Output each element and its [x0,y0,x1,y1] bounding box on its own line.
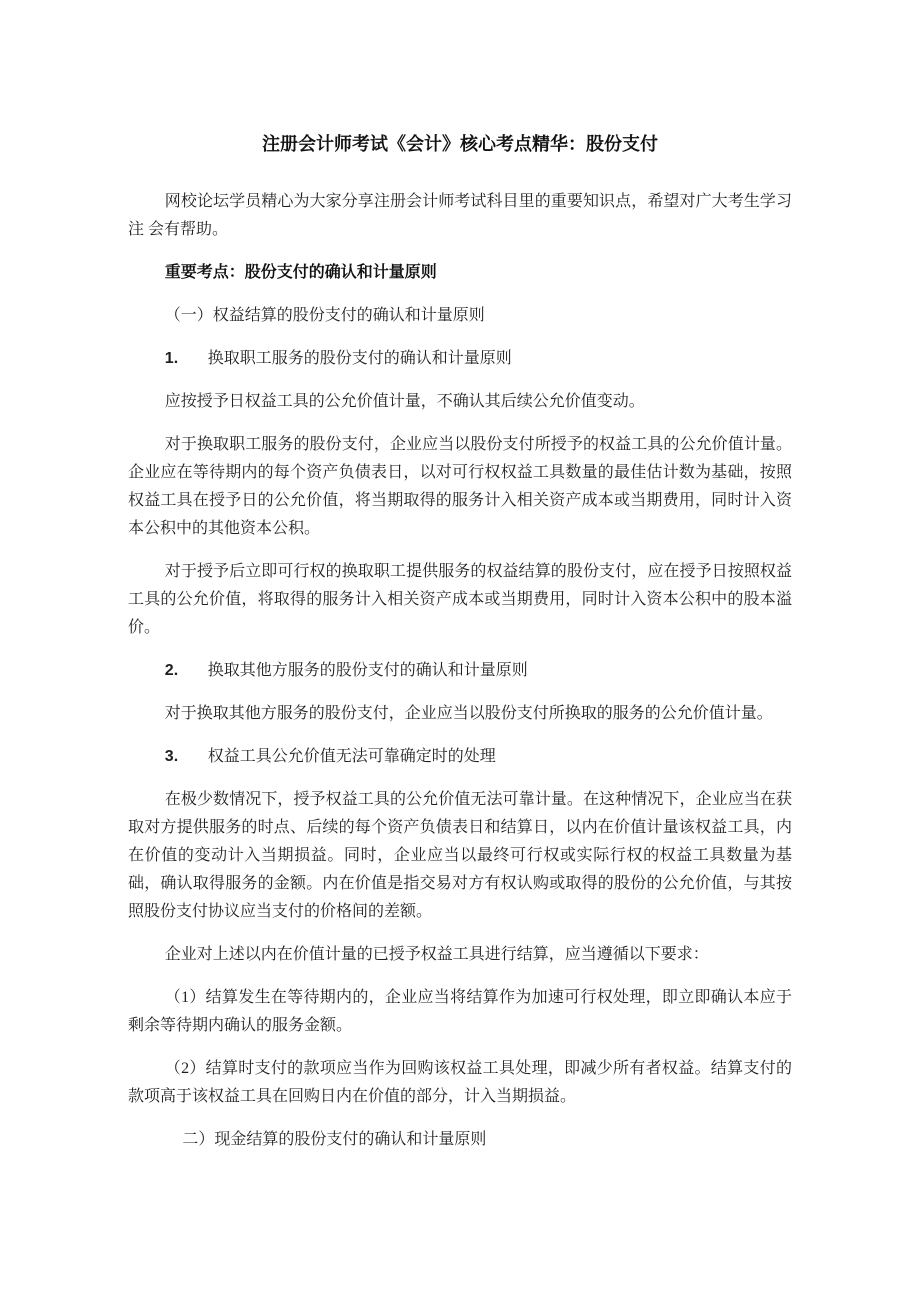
section-2-heading: 二）现金结算的股份支付的确认和计量原则 [128,1126,792,1154]
item-3-paragraph-1: 在极少数情况下，授予权益工具的公允价值无法可靠计量。在这种情况下，企业应当在获取… [128,786,792,926]
numbered-item-3: 3.权益工具公允价值无法可靠确定时的处理 [128,743,792,771]
numbered-item-1: 1.换取职工服务的股份支付的确认和计量原则 [128,345,792,373]
item-2-number: 2. [165,657,208,685]
item-3-rule-1: （1）结算发生在等待期内的，企业应当将结算作为加速可行权处理，即立即确认本应于剩… [128,984,792,1040]
item-3-rule-2: （2）结算时支付的款项应当作为回购该权益工具处理，即减少所有者权益。结算支付的款… [128,1055,792,1111]
numbered-item-2: 2.换取其他方服务的股份支付的确认和计量原则 [128,657,792,685]
item-3-paragraph-2: 企业对上述以内在价值计量的已授予权益工具进行结算，应当遵循以下要求： [128,941,792,969]
item-3-number: 3. [165,743,208,771]
item-1-title: 换取职工服务的股份支付的确认和计量原则 [208,350,512,367]
section-1-heading: （一）权益结算的股份支付的确认和计量原则 [128,302,792,330]
item-1-number: 1. [165,345,208,373]
item-2-paragraph-1: 对于换取其他方服务的股份支付，企业应当以股份支付所换取的服务的公允价值计量。 [128,700,792,728]
document-title: 注册会计师考试《会计》核心考点精华：股份支付 [128,130,792,158]
item-1-paragraph-2: 对于换取职工服务的股份支付，企业应当以股份支付所授予的权益工具的公允价值计量。企… [128,431,792,543]
item-3-title: 权益工具公允价值无法可靠确定时的处理 [208,748,496,765]
document-page: 注册会计师考试《会计》核心考点精华：股份支付 网校论坛学员精心为大家分享注册会计… [0,0,920,1302]
item-1-paragraph-3: 对于授予后立即可行权的换取职工提供服务的权益结算的股份支付，应在授予日按照权益工… [128,558,792,642]
intro-paragraph: 网校论坛学员精心为大家分享注册会计师考试科目里的重要知识点，希望对广大考生学习注… [128,188,792,244]
item-2-title: 换取其他方服务的股份支付的确认和计量原则 [208,662,528,679]
key-point-heading: 重要考点：股份支付的确认和计量原则 [128,259,792,287]
item-1-paragraph-1: 应按授予日权益工具的公允价值计量，不确认其后续公允价值变动。 [128,388,792,416]
